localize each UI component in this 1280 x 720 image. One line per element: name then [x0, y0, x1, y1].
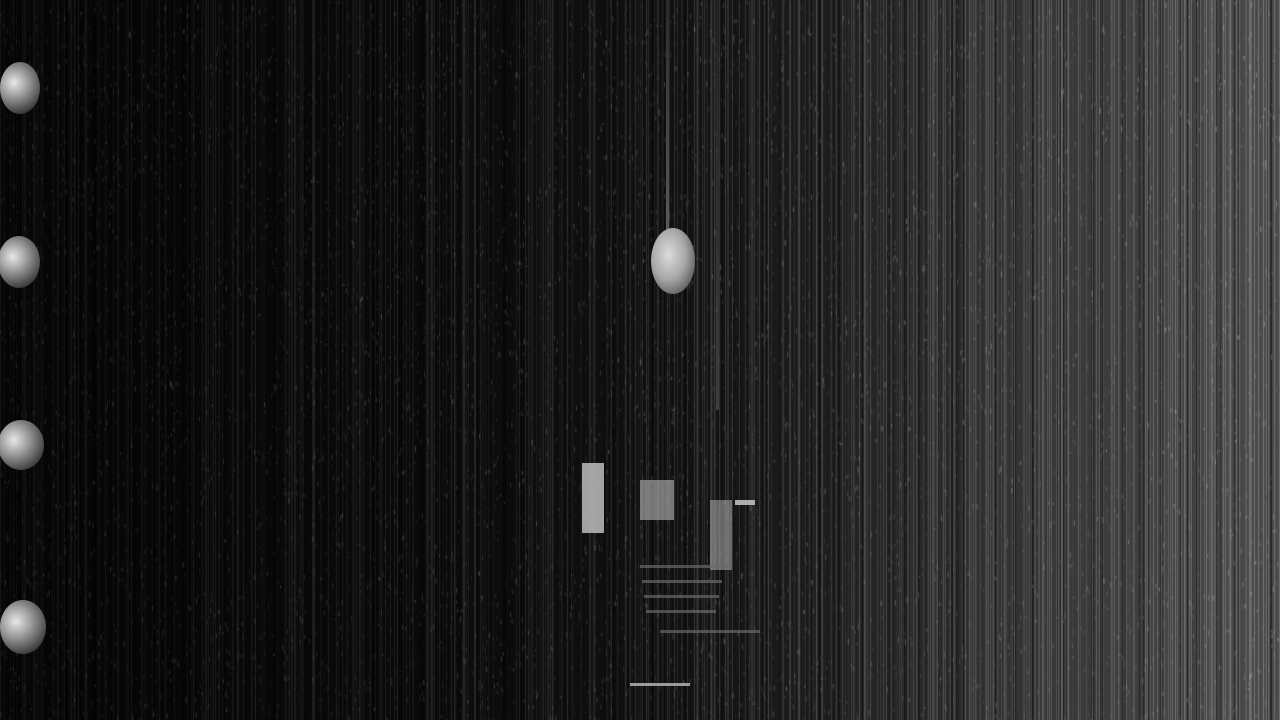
porch-light [735, 500, 755, 505]
bead-chain [4, 0, 20, 720]
front-steps [640, 565, 730, 568]
bead [0, 62, 40, 114]
bead [0, 420, 44, 470]
house-entrance [570, 445, 770, 720]
hanging-lantern [651, 228, 695, 294]
front-steps [646, 610, 716, 613]
ground-reflection [630, 683, 690, 686]
front-steps [644, 595, 719, 598]
bead [0, 236, 40, 288]
lantern-cord [666, 0, 669, 230]
window [582, 463, 604, 533]
doorway-light [640, 480, 674, 520]
bead [0, 600, 46, 654]
photo: Grainy black-and-white photograph seen t… [0, 0, 1280, 720]
hanging-cord [716, 0, 719, 410]
front-steps [660, 630, 760, 633]
front-steps [642, 580, 722, 583]
window [710, 500, 732, 570]
